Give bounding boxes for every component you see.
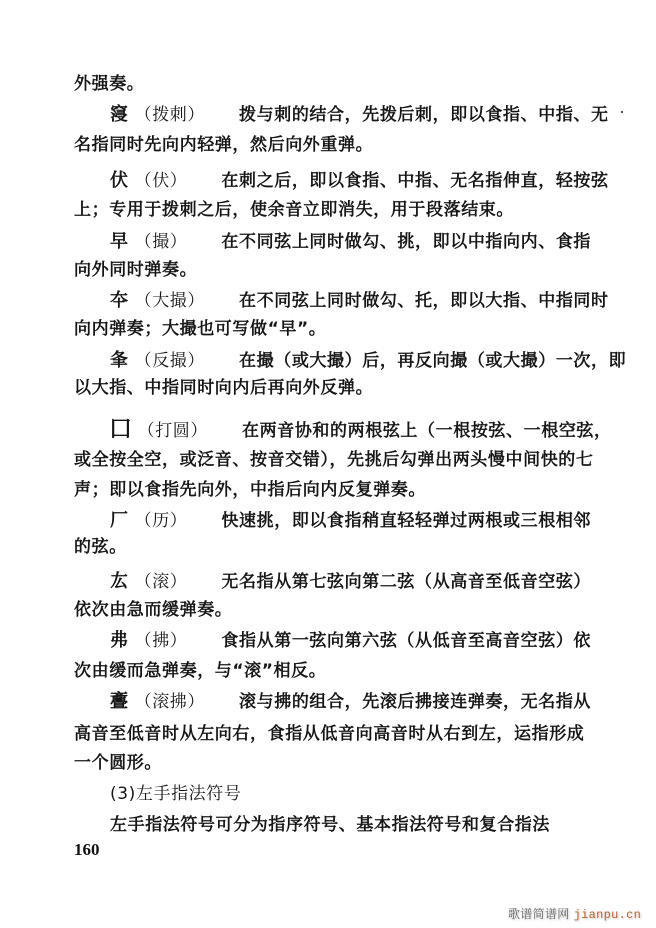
- text-line: 一个圆形。: [74, 752, 574, 774]
- watermark: 歌谱简谱网 jianpu.cn: [508, 905, 641, 922]
- notation-entry-bo-ci: 䆮（拨刺）拨与刺的结合，先拨后刺，即以食指、中指、无: [110, 104, 610, 126]
- notation-entry-fu-brush: 弗（拂）食指从第一弦向第六弦（从低音至高音空弦）依: [110, 630, 610, 652]
- text-line: 以大指、中指同时向内后再向外反弹。: [74, 377, 574, 399]
- text-line: 向外同时弹奏。: [74, 259, 574, 281]
- text-line: 或全按全空，或泛音、按音交错），先挑后勾弹出两头慢中间快的七: [74, 449, 574, 471]
- notation-symbol: 厷: [110, 571, 129, 593]
- notation-entry-gun: 厷（滚）无名指从第七弦向第二弦（从高音至低音空弦）: [110, 571, 610, 593]
- notation-entry-cuo: 早（撮）在不同弦上同时做勾、挑，即以中指向内、食指: [110, 231, 610, 253]
- text-line: 依次由急而缓弹奏。: [74, 599, 574, 621]
- notation-desc: 无名指从第七弦向第二弦（从高音至低音空弦）: [221, 572, 591, 592]
- page-number: 160: [74, 840, 100, 860]
- text-line: 左手指法符号可分为指序符号、基本指法符号和复合指法: [110, 814, 610, 836]
- notation-name: （反撮）: [135, 350, 205, 372]
- notation-desc: 在不同弦上同时做勾、托，即以大指、中指同时: [239, 291, 609, 311]
- notation-name: （滚）: [135, 571, 188, 593]
- text-line: 的弦。: [74, 536, 574, 558]
- notation-desc: 食指从第一弦向第六弦（从低音至高音空弦）依: [221, 631, 591, 651]
- line-text: 声；即以食指先向外，中指后向内反复弹奏。: [74, 480, 426, 500]
- notation-symbol: 夆: [110, 350, 129, 372]
- notation-entry-fan-cuo: 夆（反撮）在撮（或大撮）后，再反向撮（或大撮）一次，即: [110, 350, 610, 372]
- scan-speck: [621, 111, 623, 113]
- notation-entry-da-yuan: 囗（打圆）在两音协和的两根弦上（一根按弦、一根空弦，: [110, 418, 610, 442]
- notation-desc: 在撮（或大撮）后，再反向撮（或大撮）一次，即: [239, 351, 626, 371]
- notation-name: （伏）: [135, 170, 188, 192]
- notation-name: （历）: [135, 510, 188, 532]
- notation-symbol: 弗: [110, 630, 129, 652]
- notation-name: （滚拂）: [135, 691, 205, 713]
- notation-desc: 在刺之后，即以食指、中指、无名指伸直，轻按弦: [221, 171, 608, 191]
- watermark-site-name: 歌谱简谱网: [508, 907, 570, 921]
- text-line: 外强奏。: [74, 73, 574, 95]
- line-text: 左手指法符号可分为指序符号、基本指法符号和复合指法: [110, 815, 550, 835]
- notation-symbol: 夲: [110, 290, 129, 312]
- line-text: 向外同时弹奏。: [74, 260, 197, 280]
- notation-symbol: 䆮: [110, 104, 129, 126]
- line-text: 一个圆形。: [74, 753, 162, 773]
- line-text: 次由缓而急弹奏，与“滚”相反。: [74, 661, 326, 681]
- text-line: 声；即以食指先向外，中指后向内反复弹奏。: [74, 479, 574, 501]
- line-text: 高音至低音时从左向右，食指从低音向高音时从右到左，运指形成: [74, 724, 584, 744]
- notation-symbol: 早: [110, 231, 129, 253]
- line-text: 或全按全空，或泛音、按音交错），先挑后勾弹出两头慢中间快的七: [74, 450, 594, 470]
- heading-text: (3)左手指法符号: [110, 784, 241, 804]
- line-text: 以大指、中指同时向内后再向外反弹。: [74, 378, 373, 398]
- document-page: 外强奏。 䆮（拨刺）拨与刺的结合，先拨后刺，即以食指、中指、无 名指同时先向内轻…: [0, 0, 656, 928]
- notation-name: （打圆）: [138, 420, 208, 442]
- line-text: 外强奏。: [74, 74, 144, 94]
- notation-name: （撮）: [135, 231, 188, 253]
- notation-entry-da-cuo: 夲（大撮）在不同弦上同时做勾、托，即以大指、中指同时: [110, 290, 610, 312]
- line-text: 的弦。: [74, 537, 127, 557]
- notation-symbol: 斖: [110, 691, 129, 713]
- line-text: 依次由急而缓弹奏。: [74, 600, 232, 620]
- notation-symbol: 厂: [110, 510, 129, 532]
- notation-name: （拂）: [135, 630, 188, 652]
- notation-entry-li: 厂（历）快速挑，即以食指稍直轻轻弹过两根或三根相邻: [110, 510, 610, 532]
- line-text: 上；专用于拨刺之后，使余音立即消失，用于段落结束。: [74, 200, 514, 220]
- watermark-url: jianpu.cn: [574, 908, 642, 922]
- notation-desc: 滚与拂的组合，先滚后拂接连弹奏，无名指从: [239, 692, 591, 712]
- text-line: 次由缓而急弹奏，与“滚”相反。: [74, 660, 574, 682]
- line-text: 向内弹奏；大撮也可写做“早”。: [74, 319, 326, 339]
- text-line: 向内弹奏；大撮也可写做“早”。: [74, 318, 574, 340]
- notation-desc: 拨与刺的结合，先拨后刺，即以食指、中指、无: [239, 105, 609, 125]
- section-heading: (3)左手指法符号: [110, 783, 610, 805]
- line-text: 名指同时先向内轻弹，然后向外重弹。: [74, 135, 373, 155]
- text-line: 高音至低音时从左向右，食指从低音向高音时从右到左，运指形成: [74, 723, 574, 745]
- notation-entry-gun-fu: 斖（滚拂）滚与拂的组合，先滚后拂接连弹奏，无名指从: [110, 691, 610, 713]
- text-line: 名指同时先向内轻弹，然后向外重弹。: [74, 134, 574, 156]
- notation-symbol: 囗: [110, 418, 132, 440]
- notation-desc: 在两音协和的两根弦上（一根按弦、一根空弦，: [242, 421, 612, 441]
- notation-name: （拨刺）: [135, 104, 205, 126]
- notation-entry-fu: 伏（伏）在刺之后，即以食指、中指、无名指伸直，轻按弦: [110, 170, 610, 192]
- notation-name: （大撮）: [135, 290, 205, 312]
- notation-desc: 快速挑，即以食指稍直轻轻弹过两根或三根相邻: [221, 511, 591, 531]
- notation-desc: 在不同弦上同时做勾、挑，即以中指向内、食指: [221, 232, 591, 252]
- notation-symbol: 伏: [110, 170, 129, 192]
- text-line: 上；专用于拨刺之后，使余音立即消失，用于段落结束。: [74, 199, 574, 221]
